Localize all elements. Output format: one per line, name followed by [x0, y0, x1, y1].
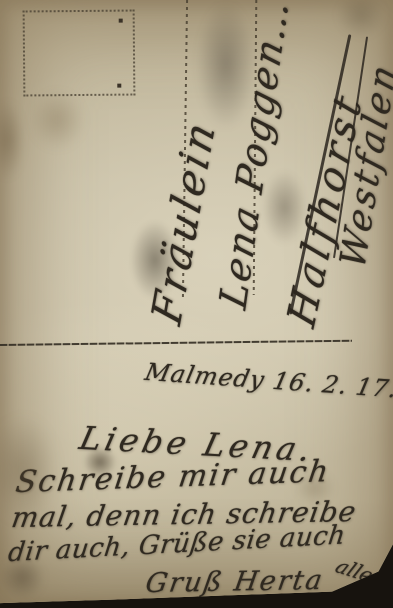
- message-signature: Gruß Herta: [144, 567, 326, 597]
- address-line-name: Lena Poggen…: [214, 0, 294, 313]
- paper-stain: [30, 90, 85, 150]
- paper-stain: [336, 0, 386, 38]
- address-line-fraeulein: Fräulein: [146, 115, 222, 329]
- message-body-line-appended: alle: [332, 556, 376, 585]
- printed-divider-line: [0, 340, 352, 346]
- photo-background: Fräulein Lena Poggen… Halfhorst Westfale…: [0, 0, 393, 608]
- stamp-box: [23, 10, 136, 97]
- stamp-box-dot: [117, 84, 121, 88]
- message-body-line: Schreibe mir auch: [14, 457, 332, 498]
- message-dateline: Malmedy 16. 2. 17.: [143, 360, 393, 401]
- paper-stain: [0, 100, 25, 180]
- postcard-back: Fräulein Lena Poggen… Halfhorst Westfale…: [0, 0, 393, 608]
- stamp-box-dot: [119, 19, 123, 23]
